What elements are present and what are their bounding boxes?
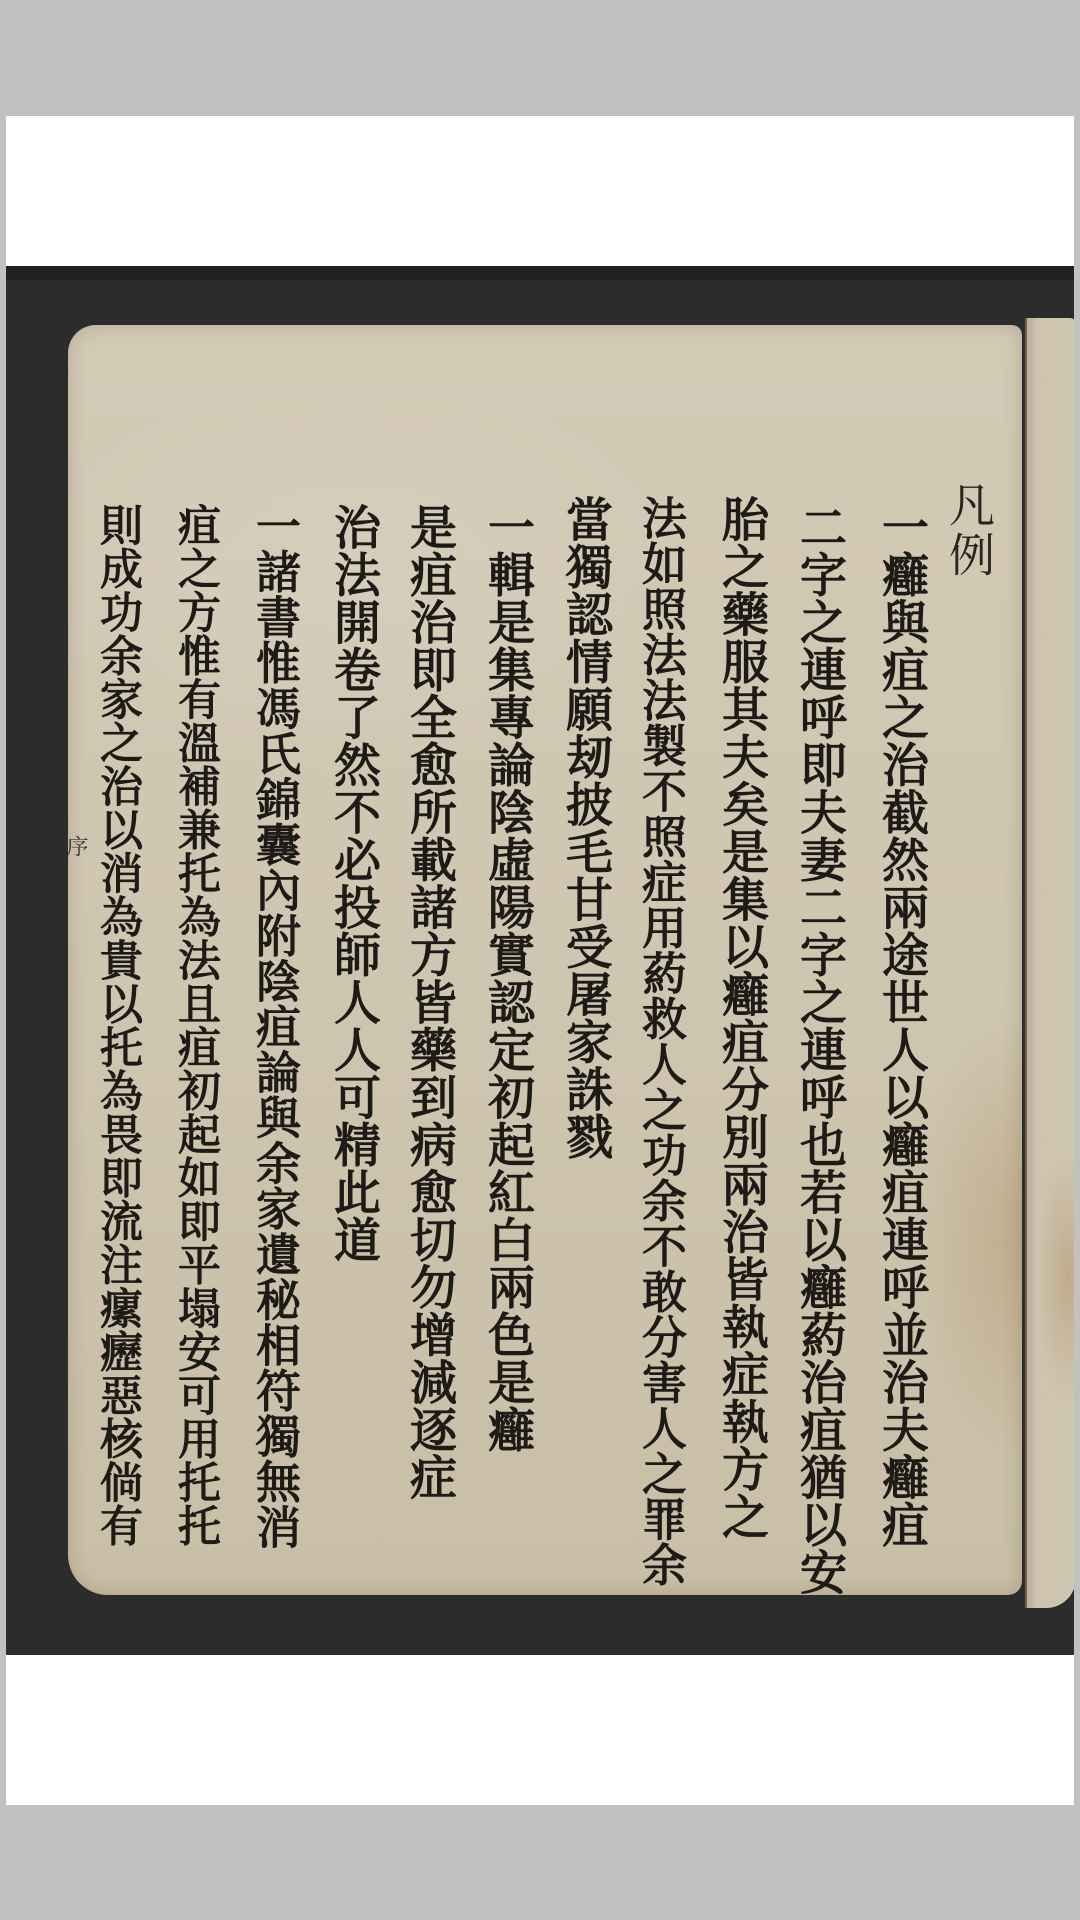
text-column-5: 當獨認情願刼披毛甘受屠家誅戮 <box>562 495 609 1160</box>
text-column-1: 一癰與疽之治截然兩途世人以癰疽連呼並治夫癰疽 <box>878 503 925 1548</box>
margin-mark: 序 <box>60 835 91 857</box>
section-heading: 凡例 <box>936 481 1002 581</box>
text-column-6: 一輯是集專論陰虛陽實認定初起紅白兩色是癰 <box>484 503 531 1453</box>
text-column-2: 二字之連呼即夫妻二字之連呼也若以癰葯治疽猶以安 <box>796 503 843 1596</box>
text-column-3: 胎之藥服其夫矣是集以癰疽分別兩治皆執症執方之 <box>718 495 765 1540</box>
text-column-9: 一諸書惟馮氏錦囊內附陰疽論與余家遺秘相符獨無消 <box>252 503 297 1550</box>
text-column-7: 是疽治即全愈所載諸方皆藥到病愈切勿增減逐症 <box>406 503 453 1501</box>
paper-leaf: 凡例 一癰與疽之治截然兩途世人以癰疽連呼並治夫癰疽 二字之連呼即夫妻二字之連呼也… <box>68 325 1022 1595</box>
text-column-10: 疽之方惟有溫補兼托為法且疽初起如即平塌安可用托托 <box>174 503 217 1547</box>
adjacent-page-edge <box>1025 318 1074 1608</box>
text-column-8: 治法開卷了然不必投師人人可精此道 <box>330 503 377 1263</box>
scanned-image: 凡例 一癰與疽之治截然兩途世人以癰疽連呼並治夫癰疽 二字之連呼即夫妻二字之連呼也… <box>6 266 1074 1655</box>
text-column-4: 法如照法法製不照症用葯救人之功余不敢分害人之罪余 <box>638 495 683 1587</box>
text-column-11: 則成功余家之治以消為貴以托為畏即流注瘰癧惡核倘有 <box>96 503 139 1547</box>
